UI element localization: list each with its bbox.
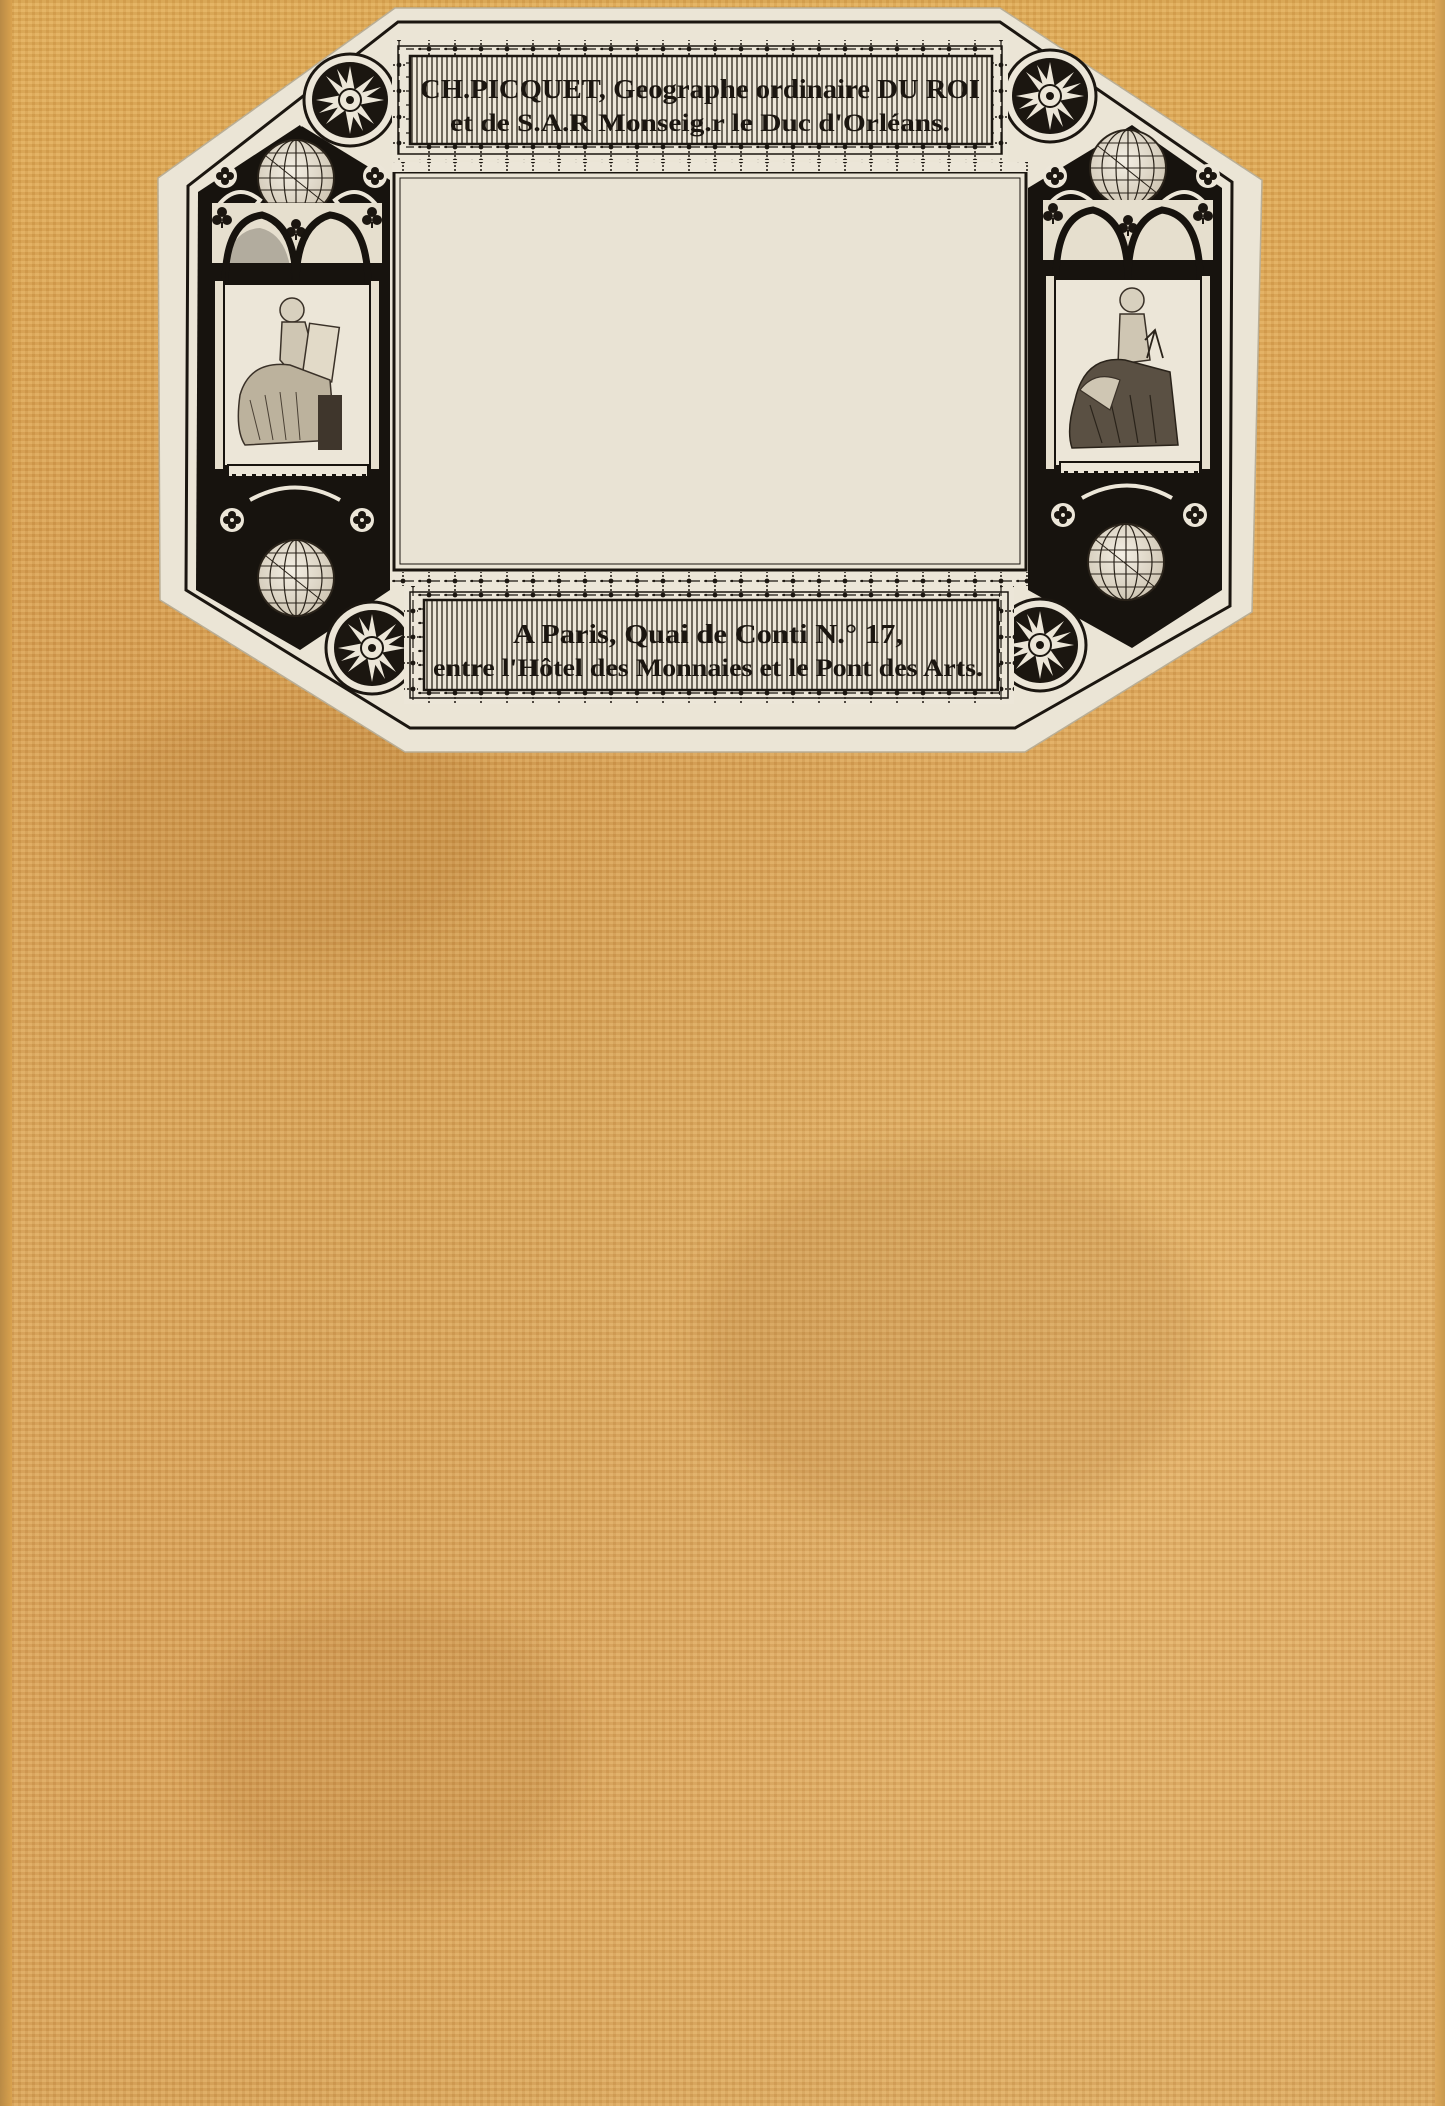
- rosette-icon: [1004, 50, 1096, 142]
- globe-icon: [1090, 130, 1166, 206]
- publisher-title-line: et de S.A.R Monseig.r le Duc d'Orléans.: [450, 110, 950, 137]
- address-line: A Paris, Quai de Conti N.° 17,: [513, 619, 903, 649]
- publisher-name-line: CH.PICQUET, Geographe ordinaire DU ROI: [420, 74, 980, 104]
- globe-icon: [1088, 524, 1164, 600]
- address-detail-line: entre l'Hôtel des Monnaies et le Pont de…: [433, 655, 983, 682]
- globe-icon: [258, 540, 334, 616]
- rosette-icon: [304, 54, 396, 146]
- right-ornament-column: [1028, 125, 1222, 648]
- publisher-label: CH.PICQUET, Geographe ordinaire DU ROI e…: [0, 0, 1445, 2106]
